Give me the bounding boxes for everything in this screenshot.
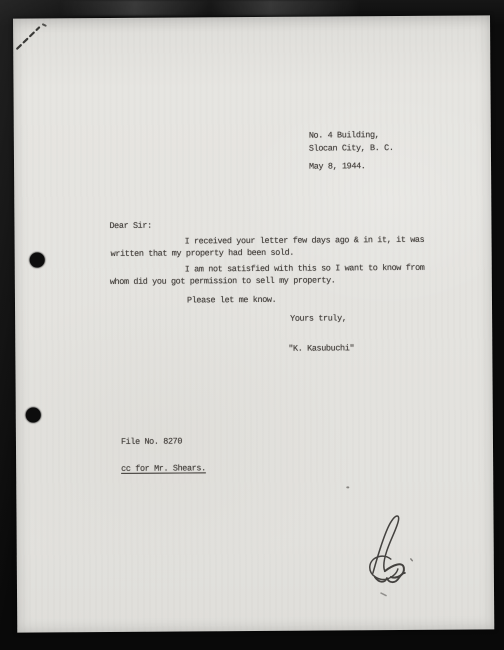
corner-pen-mark-icon (13, 18, 63, 68)
dirt-speck (346, 486, 349, 488)
address-line-2: Slocan City, B. C. (309, 143, 394, 155)
closing-request: Please let me know. (187, 295, 276, 307)
handwritten-signature (346, 511, 437, 622)
body-paragraph-2-line-2: whom did you got permission to sell my p… (110, 275, 336, 288)
salutation: Dear Sir: (109, 221, 151, 232)
cc-line: cc for Mr. Shears. (121, 463, 206, 475)
body-paragraph-1-line-1: I received your letter few days ago & in… (185, 235, 425, 248)
address-line-1: No. 4 Building, (309, 130, 380, 141)
hole-punch-bottom (26, 407, 41, 422)
body-paragraph-2-line-1: I am not satisfied with this so I want t… (185, 263, 425, 276)
valediction: Yours truly, (290, 313, 346, 324)
file-number: File No. 8270 (121, 436, 182, 447)
body-paragraph-1-line-2: written that my property had been sold. (111, 248, 294, 260)
date-line: May 8, 1944. (309, 161, 365, 172)
letter-paper: No. 4 Building, Slocan City, B. C. May 8… (13, 15, 494, 632)
typed-signature-name: "K. Kasubuchi" (288, 343, 354, 354)
scanned-letter-page: No. 4 Building, Slocan City, B. C. May 8… (0, 0, 504, 650)
hole-punch-top (30, 252, 45, 267)
